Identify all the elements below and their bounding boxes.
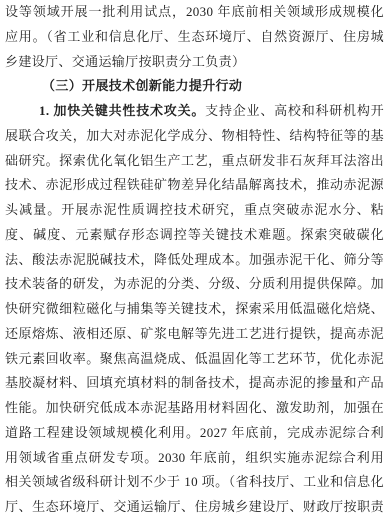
text-line: 快研究微细粒磁化与捕集等关键技术，探索采用低温磁化焙烧、 [5,297,384,322]
text-line: 度、碱度、元素赋存形态调控等关键技术难题。探索突破碳化 [5,223,384,248]
text-line: 用领域省重点研发专项。2030 年底前，组织实施赤泥综合利用 [5,446,384,471]
text-line: 础研究。探索优化氧化铝生产工艺，重点研发非石灰拜耳法溶出 [5,149,384,174]
text-line: 技术、赤泥形成过程铁硅矿物差异化结晶解离技术，推动赤泥源 [5,173,384,198]
numbered-item-lead: 1. 加快关键共性技术攻关。 [39,103,205,118]
text-line: 1. 加快关键共性技术攻关。支持企业、高校和科研机构开 [5,99,384,124]
text-line: 基胶凝材料、回填充填材料的制备技术，提高赤泥的掺量和产品 [5,371,384,396]
section-heading: （三）开展技术创新能力提升行动 [5,74,384,99]
text-line: 还原熔炼、液相还原、矿浆电解等先进工艺进行提铁，提高赤泥 [5,322,384,347]
text-line: 铁元素回收率。聚焦高温烧成、低温固化等工艺环节，优化赤泥 [5,347,384,372]
numbered-item-body: 支持企业、高校和科研机构开 [205,103,384,118]
text-line: 乡建设厅、交通运输厅按职责分工负责） [5,50,384,75]
text-line: 设等领域开展一批利用试点，2030 年底前相关领域形成规模化 [5,0,384,25]
text-line: 性能。加快研究低成本赤泥基路用材料固化、激发助剂，加强在 [5,396,384,421]
document-text-block: 设等领域开展一批利用试点，2030 年底前相关领域形成规模化 应用。（省工业和信… [5,0,384,520]
text-line: 法、酸法赤泥脱碱技术，降低处理成本。加强赤泥干化、筛分等 [5,248,384,273]
text-line: 厅、生态环境厅、交通运输厅、住房城乡建设厅、财政厅按职责 [5,495,384,520]
text-line: 相关领域省级科研计划不少于 10 项。（省科技厅、工业和信息化 [5,470,384,495]
text-line: 道路工程建设领域规模化利用。2027 年底前，完成赤泥综合利 [5,421,384,446]
text-line: 应用。（省工业和信息化厅、生态环境厅、自然资源厅、住房城 [5,25,384,50]
document-page: 设等领域开展一批利用试点，2030 年底前相关领域形成规模化 应用。（省工业和信… [0,0,389,520]
text-line: 头减量。开展赤泥性质调控技术研究，重点突破赤泥水分、粘 [5,198,384,223]
text-line: 展联合攻关，加大对赤泥化学成分、物相特性、结构特征等的基 [5,124,384,149]
text-line: 技术装备的研发，为赤泥的分类、分级、分质利用提供保障。加 [5,272,384,297]
